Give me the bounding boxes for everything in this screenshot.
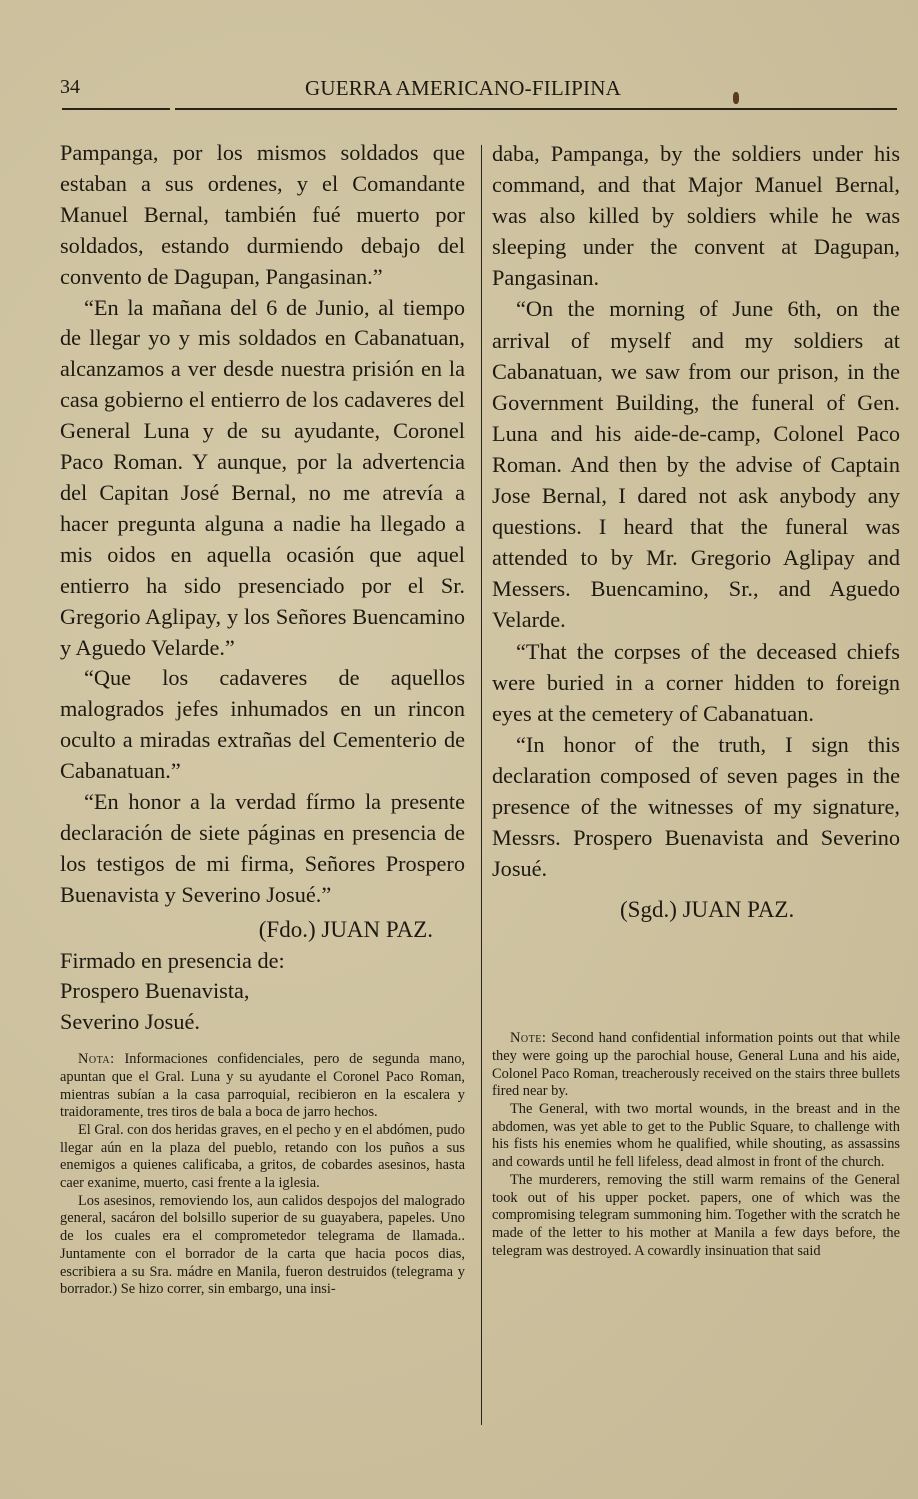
header-rule-left	[62, 108, 170, 110]
note-paragraph: The General, with two mortal wounds, in …	[492, 1101, 900, 1172]
column-divider	[481, 145, 482, 1425]
ink-stain-mark	[733, 92, 739, 104]
paragraph: “In honor of the truth, I sign this decl…	[492, 729, 900, 884]
note-text: Second hand confidential information poi…	[492, 1030, 900, 1099]
paragraph: “En honor a la verdad fírmo la presente …	[60, 787, 465, 911]
paragraph: “That the corpses of the deceased chiefs…	[492, 636, 900, 729]
paragraph: “Que los cadaveres de aquellos malogrado…	[60, 663, 465, 787]
note-text: Informaciones confidenciales, pero de se…	[60, 1051, 465, 1120]
paragraph: “En la mañana del 6 de Junio, al tiempo …	[60, 293, 465, 664]
signature-line: (Sgd.) JUAN PAZ.	[492, 890, 900, 930]
paragraph: daba, Pampanga, by the soldiers under hi…	[492, 138, 900, 293]
paragraph: “On the morning of June 6th, on the arri…	[492, 293, 900, 635]
footnote-spanish: Nota: Informaciones confidenciales, pero…	[60, 1051, 465, 1299]
witness-block: Firmado en presencia de: Prospero Buenav…	[60, 946, 465, 1038]
spanish-column: Pampanga, por los mismos soldados que es…	[60, 138, 465, 1299]
english-column: daba, Pampanga, by the soldiers under hi…	[492, 138, 900, 1260]
note-label: Nota:	[78, 1051, 115, 1067]
witness-line: Firmado en presencia de:	[60, 946, 465, 977]
signature-line: (Fdo.) JUAN PAZ.	[60, 913, 465, 946]
note-paragraph: The murderers, removing the still warm r…	[492, 1172, 900, 1261]
witness-line: Severino Josué.	[60, 1007, 465, 1038]
running-header: 34 GUERRA AMERICANO-FILIPINA	[60, 74, 900, 104]
paragraph: Pampanga, por los mismos soldados que es…	[60, 138, 465, 293]
note-paragraph: El Gral. con dos heridas graves, en el p…	[60, 1122, 465, 1193]
note-paragraph: Los asesinos, removiendo los, aun calido…	[60, 1193, 465, 1299]
english-body: daba, Pampanga, by the soldiers under hi…	[492, 138, 900, 884]
witness-line: Prospero Buenavista,	[60, 976, 465, 1007]
header-rule-right	[175, 108, 897, 110]
running-title: GUERRA AMERICANO-FILIPINA	[305, 76, 621, 101]
page-number: 34	[60, 76, 80, 99]
footnote-english: Note: Second hand confidential informati…	[492, 1030, 900, 1260]
spanish-body: Pampanga, por los mismos soldados que es…	[60, 138, 465, 911]
note-label: Note:	[510, 1030, 546, 1046]
